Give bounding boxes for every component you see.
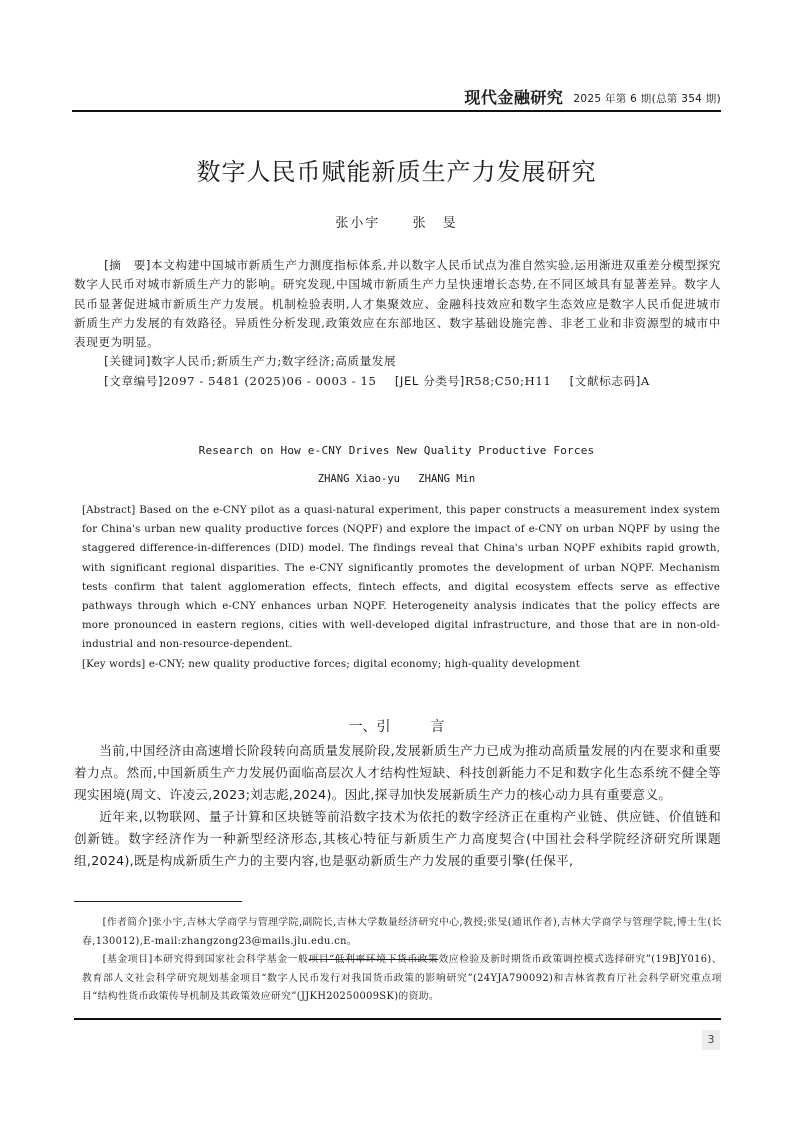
abstract-en-label: [Abstract] — [82, 505, 135, 516]
abstract-cn-body: [摘 要]本文构建中国城市新质生产力测度指标体系,并以数字人民币试点为准自然实验… — [74, 256, 721, 352]
journal-name: 现代金融研究 — [464, 88, 563, 108]
authors-cn: 张小宇 张 旻 — [0, 215, 793, 233]
author-2: 张 旻 — [413, 216, 458, 231]
abstract-label: [摘 要] — [104, 258, 151, 272]
abstract-cn: [摘 要]本文构建中国城市新质生产力测度指标体系,并以数字人民币试点为准自然实验… — [74, 256, 721, 391]
section-heading: 一、引言 — [0, 716, 793, 738]
jel-value: R58;C50;H11 — [465, 374, 551, 388]
english-author-2: ZHANG Min — [418, 473, 475, 485]
doc-code-label: [文献标志码] — [570, 374, 641, 388]
issue-info: 2025 年第 6 期(总第 354 期) — [573, 90, 721, 108]
keywords-label: [关键词] — [104, 354, 151, 368]
english-title: Research on How e-CNY Drives New Quality… — [0, 443, 793, 459]
jel-label: [JEL 分类号] — [395, 374, 465, 388]
keywords-en-label: [Key words] — [82, 659, 145, 670]
footnotes: [作者简介]张小宇,吉林大学商学与管理学院,副院长,吉林大学数量经济研究中心,教… — [82, 914, 722, 1007]
doc-code-value: A — [641, 374, 650, 388]
english-author-1: ZHANG Xiao-yu — [318, 473, 400, 485]
keywords-cn: [关键词]数字人民币;新质生产力;数字经济;高质量发展 — [74, 352, 721, 371]
keywords-en: [Key words] e-CNY; new quality productiv… — [82, 655, 720, 674]
footnote-rule — [74, 901, 242, 902]
section-number: 一、引 — [349, 719, 391, 735]
article-no-value: 2097 - 5481 (2025)06 - 0003 - 15 — [163, 374, 376, 388]
author-1: 张小宇 — [335, 216, 380, 231]
section-title-tail: 言 — [431, 719, 445, 735]
author-note-text: 张小宇,吉林大学商学与管理学院,副院长,吉林大学数量经济研究中心,教授;张旻(通… — [82, 917, 722, 947]
author-note-label: [作者简介] — [103, 917, 152, 928]
struck-text: 项目“低利率环境下货币政策 — [308, 954, 438, 965]
keywords-value: 数字人民币;新质生产力;数字经济;高质量发展 — [151, 354, 396, 368]
classification-line: [文章编号]2097 - 5481 (2025)06 - 0003 - 15 [… — [74, 372, 721, 391]
abstract-en-text: Based on the e-CNY pilot as a quasi-natu… — [82, 505, 720, 650]
running-header: 现代金融研究 2025 年第 6 期(总第 354 期) — [74, 86, 721, 108]
abstract-en: [Abstract] Based on the e-CNY pilot as a… — [82, 501, 720, 674]
fund-note: [基金项目]本研究得到国家社会科学基金一般项目“低利率环境下货币政策效应检验及新… — [82, 951, 722, 1007]
author-note: [作者简介]张小宇,吉林大学商学与管理学院,副院长,吉林大学数量经济研究中心,教… — [82, 914, 722, 951]
header-rule — [72, 110, 721, 112]
english-authors: ZHANG Xiao-yu ZHANG Min — [0, 471, 793, 487]
body-text: 当前,中国经济由高速增长阶段转向高质量发展阶段,发展新质生产力已成为推动高质量发… — [74, 740, 721, 872]
abstract-en-body: [Abstract] Based on the e-CNY pilot as a… — [82, 501, 720, 655]
page-number: 3 — [702, 1030, 720, 1050]
article-title: 数字人民币赋能新质生产力发展研究 — [0, 155, 793, 189]
keywords-en-text: e-CNY; new quality productive forces; di… — [149, 659, 580, 670]
fund-note-label: [基金项目] — [103, 954, 153, 965]
body-paragraph-2: 近年来,以物联网、量子计算和区块链等前沿数字技术为依托的数字经济正在重构产业链、… — [74, 806, 721, 872]
article-no-label: [文章编号] — [104, 374, 163, 388]
bottom-rule — [74, 1018, 721, 1020]
body-paragraph-1: 当前,中国经济由高速增长阶段转向高质量发展阶段,发展新质生产力已成为推动高质量发… — [74, 740, 721, 806]
